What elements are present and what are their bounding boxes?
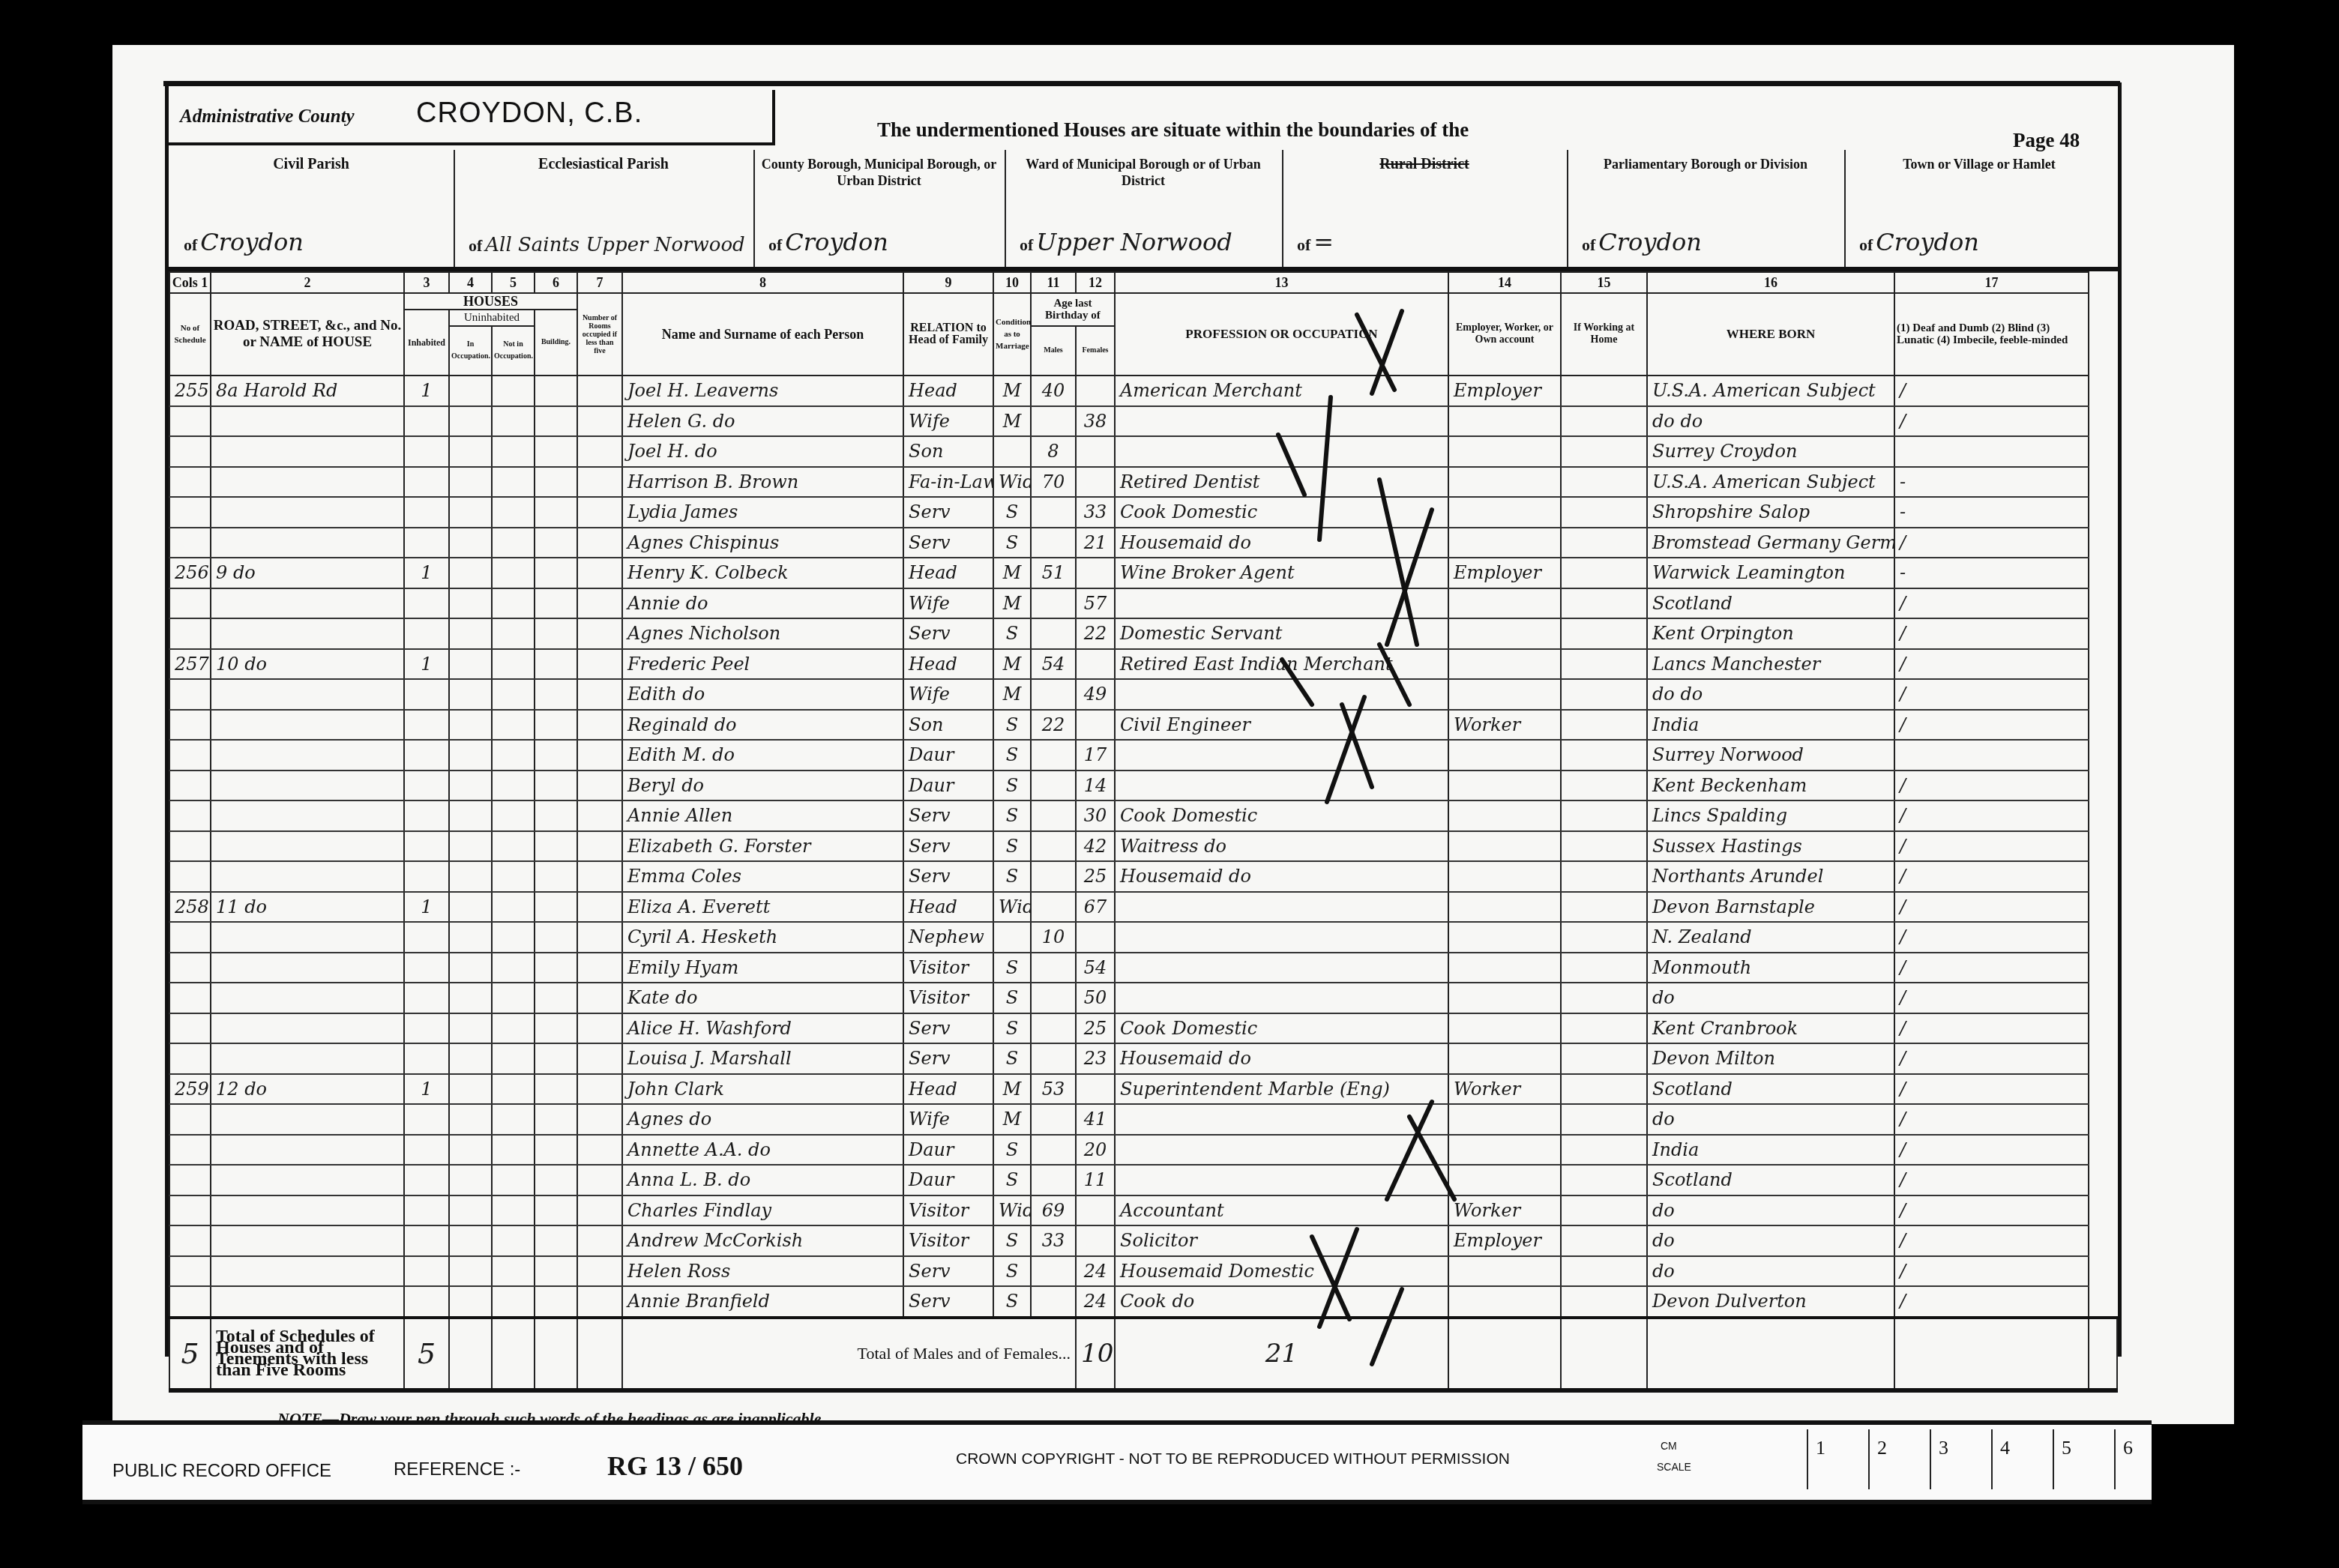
header-inhabited: Inhabited [404,310,449,376]
male-age: 69 [1031,1195,1076,1226]
working-at-home [1561,497,1647,528]
female-age: 24 [1076,1256,1115,1287]
footer-copyright: CROWN COPYRIGHT - NOT TO BE REPRODUCED W… [956,1450,1510,1468]
schedule-number [169,831,211,862]
person-name: Alice H. Washford [622,1013,903,1044]
inhabited [404,679,449,710]
uninhabited-in-occupation [449,1286,492,1318]
where-born: U.S.A. American Subject [1647,376,1894,406]
occupation: Waitress do [1115,831,1448,862]
males-total: 10 [1076,1318,1115,1390]
header-road: ROAD, STREET, &c., and No. or NAME of HO… [211,293,404,376]
area-label: Ecclesiastical Parish [454,150,753,172]
table-row: Louisa J. MarshallServS23Housemaid doDev… [169,1043,2117,1074]
address: 11 do [211,892,404,923]
female-age: 21 [1076,528,1115,558]
male-age [1031,1286,1076,1318]
building [535,983,577,1013]
where-born: Devon Milton [1647,1043,1894,1074]
address [211,467,404,498]
area-value: Croydon [200,228,303,256]
building [535,1104,577,1135]
schedule-number [169,710,211,741]
header-where-born: WHERE BORN [1647,293,1894,376]
infirmity-mark [1894,436,2089,467]
uninhabited-not-in-occupation [492,1256,535,1287]
female-age: 41 [1076,1104,1115,1135]
male-age: 51 [1031,558,1076,588]
occupation [1115,892,1448,923]
occupation: Housemaid Domestic [1115,1256,1448,1287]
table-row: Anna L. B. doDaurS11Scotland/ [169,1165,2117,1195]
rooms [577,953,622,983]
table-row: Elizabeth G. ForsterServS42Waitress doSu… [169,831,2117,862]
employment-status [1448,861,1561,892]
employment-status [1448,1286,1561,1318]
working-at-home [1561,679,1647,710]
county-borough: County Borough, Municipal Borough, or Ur… [753,150,1006,270]
header-age: Age last Birthday of [1031,293,1115,326]
employment-status [1448,497,1561,528]
uninhabited-in-occupation [449,922,492,953]
address [211,800,404,831]
relation: Daur [903,1165,993,1195]
relation: Wife [903,588,993,619]
uninhabited-not-in-occupation [492,710,535,741]
female-age: 38 [1076,406,1115,437]
area-label: Town or Village or Hamlet [1844,150,2114,172]
employment-status: Worker [1448,710,1561,741]
occupation [1115,588,1448,619]
rooms [577,800,622,831]
address [211,740,404,771]
table-row: 2558a Harold Rd1Joel H. LeavernsHeadM40A… [169,376,2117,406]
inhabited-total: 5 [404,1318,449,1390]
schedule-number [169,1195,211,1226]
table-row: Kate doVisitorS50do/ [169,983,2117,1013]
administrative-county-box: Administrative County CROYDON, C.B. [169,90,775,145]
occupation: Superintendent Marble (Eng) [1115,1074,1448,1105]
occupation: Housemaid do [1115,1043,1448,1074]
employment-status: Worker [1448,1074,1561,1105]
building [535,1043,577,1074]
female-age [1076,558,1115,588]
building [535,376,577,406]
occupation: Accountant [1115,1195,1448,1226]
schedule-number [169,1165,211,1195]
parliamentary-borough: Parliamentary Borough or Division ofCroy… [1567,150,1846,270]
condition: M [993,376,1031,406]
inhabited [404,740,449,771]
infirmity-mark: / [1894,679,2089,710]
working-at-home [1561,740,1647,771]
occupation [1115,1104,1448,1135]
person-name: Annette A.A. do [622,1135,903,1166]
occupation [1115,771,1448,801]
where-born: Scotland [1647,1165,1894,1195]
employment-status [1448,922,1561,953]
male-age [1031,800,1076,831]
relation: Serv [903,618,993,649]
address [211,922,404,953]
where-born: Northants Arundel [1647,861,1894,892]
building [535,953,577,983]
area-value: Croydon [785,228,888,256]
uninhabited-in-occupation [449,710,492,741]
male-age [1031,528,1076,558]
person-name: Edith do [622,679,903,710]
male-age [1031,861,1076,892]
address [211,1013,404,1044]
relation: Wife [903,679,993,710]
building [535,771,577,801]
rural-district: Rural District of= [1282,150,1568,270]
rooms [577,1286,622,1318]
employment-status [1448,1256,1561,1287]
schedules-total-label: Total of Schedules of Houses and of Tene… [211,1318,404,1390]
uninhabited-not-in-occupation [492,1013,535,1044]
person-name: Anna L. B. do [622,1165,903,1195]
occupation [1115,983,1448,1013]
working-at-home [1561,861,1647,892]
header-uninhabited: Uninhabited [449,310,535,326]
infirmity-mark: / [1894,1286,2089,1318]
rooms [577,831,622,862]
where-born: do do [1647,679,1894,710]
male-age [1031,1256,1076,1287]
inhabited [404,953,449,983]
where-born: Devon Barnstaple [1647,892,1894,923]
header-home: If Working at Home [1561,293,1647,376]
uninhabited-in-occupation [449,1074,492,1105]
infirmity-mark: / [1894,953,2089,983]
condition: S [993,1013,1031,1044]
scale-mark: 2 [1868,1429,1930,1489]
employment-status [1448,740,1561,771]
table-row: Alice H. WashfordServS25Cook DomesticKen… [169,1013,2117,1044]
infirmity-mark: / [1894,800,2089,831]
where-born: Surrey Norwood [1647,740,1894,771]
area-value: Croydon [1876,228,1978,256]
employment-status [1448,892,1561,923]
table-row: Helen G. doWifeM38do do/ [169,406,2117,437]
relation: Son [903,710,993,741]
inhabited: 1 [404,649,449,680]
table-row: Edith M. doDaurS17Surrey Norwood [169,740,2117,771]
person-name: Beryl do [622,771,903,801]
building [535,1225,577,1256]
inhabited: 1 [404,376,449,406]
address [211,406,404,437]
area-label: Ward of Municipal Borough or of Urban Di… [1005,150,1282,189]
working-at-home [1561,436,1647,467]
address [211,1286,404,1318]
male-age [1031,983,1076,1013]
uninhabited-not-in-occupation [492,1225,535,1256]
inhabited [404,922,449,953]
where-born: do [1647,1225,1894,1256]
building [535,800,577,831]
condition: Wid [993,467,1031,498]
relation: Serv [903,1013,993,1044]
person-name: Eliza A. Everett [622,892,903,923]
condition: M [993,1104,1031,1135]
relation: Visitor [903,983,993,1013]
rooms [577,406,622,437]
table-row: Agnes doWifeM41do/ [169,1104,2117,1135]
uninhabited-not-in-occupation [492,861,535,892]
rooms [577,679,622,710]
employment-status [1448,588,1561,619]
table-row: Lydia JamesServS33Cook DomesticShropshir… [169,497,2117,528]
header-males: Males [1031,326,1076,376]
rooms [577,710,622,741]
uninhabited-not-in-occupation [492,1286,535,1318]
uninhabited-in-occupation [449,1104,492,1135]
male-age: 54 [1031,649,1076,680]
infirmity-mark: / [1894,892,2089,923]
uninhabited-not-in-occupation [492,771,535,801]
occupation: Cook do [1115,1286,1448,1318]
occupation: Cook Domestic [1115,1013,1448,1044]
working-at-home [1561,649,1647,680]
schedule-number [169,800,211,831]
occupation [1115,1165,1448,1195]
employment-status [1448,1135,1561,1166]
table-row: Emma ColesServS25Housemaid doNorthants A… [169,861,2117,892]
where-born: Kent Orpington [1647,618,1894,649]
address [211,861,404,892]
address [211,771,404,801]
table-row: Reginald doSonS22Civil EngineerWorkerInd… [169,710,2117,741]
inhabited [404,528,449,558]
where-born: Bromstead Germany German Subject [1647,528,1894,558]
relation: Daur [903,1135,993,1166]
male-age [1031,406,1076,437]
scale-mark: 4 [1991,1429,2053,1489]
uninhabited-not-in-occupation [492,831,535,862]
employment-status [1448,1104,1561,1135]
female-age: 17 [1076,740,1115,771]
area-label: Civil Parish [169,150,454,172]
relation: Visitor [903,1225,993,1256]
table-row: 2569 do1Henry K. ColbeckHeadM51Wine Brok… [169,558,2117,588]
header-building: Building. [535,310,577,376]
working-at-home [1561,1135,1647,1166]
inhabited [404,1135,449,1166]
inhabited [404,1256,449,1287]
inhabited [404,831,449,862]
header-in-occupation: In Occupation. [449,326,492,376]
address [211,588,404,619]
inhabited [404,1013,449,1044]
address [211,679,404,710]
infirmity-mark: / [1894,1135,2089,1166]
uninhabited-not-in-occupation [492,1195,535,1226]
where-born: N. Zealand [1647,922,1894,953]
person-name: Helen Ross [622,1256,903,1287]
building [535,649,577,680]
schedule-number [169,983,211,1013]
condition [993,922,1031,953]
admin-county-label: Administrative County [180,106,355,127]
rooms [577,558,622,588]
building [535,558,577,588]
address [211,953,404,983]
occupation: Domestic Servant [1115,618,1448,649]
building [535,679,577,710]
schedule-number [169,1043,211,1074]
building [535,1074,577,1105]
female-age: 20 [1076,1135,1115,1166]
female-age: 22 [1076,618,1115,649]
infirmity-mark: / [1894,1256,2089,1287]
where-born: do [1647,1195,1894,1226]
scale-mark: 3 [1930,1429,1991,1489]
working-at-home [1561,831,1647,862]
census-rows: 2558a Harold Rd1Joel H. LeavernsHeadM40A… [169,376,2117,1318]
uninhabited-not-in-occupation [492,528,535,558]
person-name: Charles Findlay [622,1195,903,1226]
rooms [577,1225,622,1256]
schedule-number [169,618,211,649]
schedule-number [169,679,211,710]
condition: S [993,983,1031,1013]
area-label: Rural District [1282,150,1567,172]
occupation: Solicitor [1115,1225,1448,1256]
rooms [577,1074,622,1105]
rooms [577,1043,622,1074]
infirmity-mark: - [1894,497,2089,528]
female-age: 23 [1076,1043,1115,1074]
area-value: = [1313,228,1334,256]
schedule-number [169,497,211,528]
infirmity-mark: / [1894,1225,2089,1256]
address [211,1225,404,1256]
uninhabited-not-in-occupation [492,1165,535,1195]
person-name: Annie Allen [622,800,903,831]
scale-mark: 1 [1807,1429,1868,1489]
employment-status [1448,983,1561,1013]
where-born: Kent Beckenham [1647,771,1894,801]
schedule-number [169,436,211,467]
condition: S [993,831,1031,862]
working-at-home [1561,1043,1647,1074]
condition: S [993,800,1031,831]
inhabited [404,710,449,741]
person-name: Henry K. Colbeck [622,558,903,588]
rooms [577,467,622,498]
cm-scale: 1 2 3 4 5 6 [1807,1429,2176,1489]
employment-status [1448,1013,1561,1044]
male-age: 22 [1031,710,1076,741]
schedule-number [169,1286,211,1318]
employment-status [1448,436,1561,467]
building [535,1013,577,1044]
occupation: Cook Domestic [1115,800,1448,831]
male-age: 8 [1031,436,1076,467]
female-age: 25 [1076,1013,1115,1044]
building [535,710,577,741]
where-born: Devon Dulverton [1647,1286,1894,1318]
working-at-home [1561,1104,1647,1135]
page-number: Page 48 [2013,129,2080,152]
condition: S [993,528,1031,558]
table-row: Charles FindlayVisitorWid69AccountantWor… [169,1195,2117,1226]
male-age [1031,1043,1076,1074]
infirmity-mark: / [1894,710,2089,741]
schedules-total: 5 [169,1318,211,1390]
occupation: Wine Broker Agent [1115,558,1448,588]
condition: S [993,1256,1031,1287]
uninhabited-in-occupation [449,558,492,588]
person-name: Lydia James [622,497,903,528]
occupation: Retired Dentist [1115,467,1448,498]
occupation: American Merchant [1115,376,1448,406]
relation: Serv [903,1256,993,1287]
employment-status [1448,679,1561,710]
inhabited [404,771,449,801]
female-age [1076,649,1115,680]
female-age: 57 [1076,588,1115,619]
male-age [1031,588,1076,619]
uninhabited-in-occupation [449,679,492,710]
rooms [577,436,622,467]
employment-status [1448,771,1561,801]
working-at-home [1561,588,1647,619]
female-age: 67 [1076,892,1115,923]
relation: Serv [903,831,993,862]
occupation [1115,436,1448,467]
relation: Fa-in-Law [903,467,993,498]
female-age [1076,710,1115,741]
relation: Serv [903,528,993,558]
inhabited [404,1165,449,1195]
schedule-number [169,922,211,953]
scale-mark: 5 [2053,1429,2114,1489]
rooms [577,922,622,953]
rooms [577,1256,622,1287]
relation: Son [903,436,993,467]
address [211,618,404,649]
condition: M [993,679,1031,710]
building [535,831,577,862]
inhabited [404,861,449,892]
relation: Daur [903,771,993,801]
relation: Head [903,892,993,923]
person-name: John Clark [622,1074,903,1105]
address [211,436,404,467]
person-name: Louisa J. Marshall [622,1043,903,1074]
uninhabited-in-occupation [449,588,492,619]
building [535,1286,577,1318]
person-name: Helen G. do [622,406,903,437]
column-headers: No of Schedule ROAD, STREET, &c., and No… [169,293,2117,310]
infirmity-mark: / [1894,1074,2089,1105]
uninhabited-in-occupation [449,831,492,862]
uninhabited-in-occupation [449,1195,492,1226]
town-village-hamlet: Town or Village or Hamlet ofCroydon [1844,150,2114,270]
relation: Head [903,376,993,406]
working-at-home [1561,710,1647,741]
infirmity-mark: / [1894,771,2089,801]
table-row: Annie BranfieldServS24Cook doDevon Dulve… [169,1286,2117,1318]
scale-mark: 6 [2114,1429,2176,1489]
address [211,1195,404,1226]
working-at-home [1561,467,1647,498]
uninhabited-in-occupation [449,953,492,983]
building [535,1256,577,1287]
